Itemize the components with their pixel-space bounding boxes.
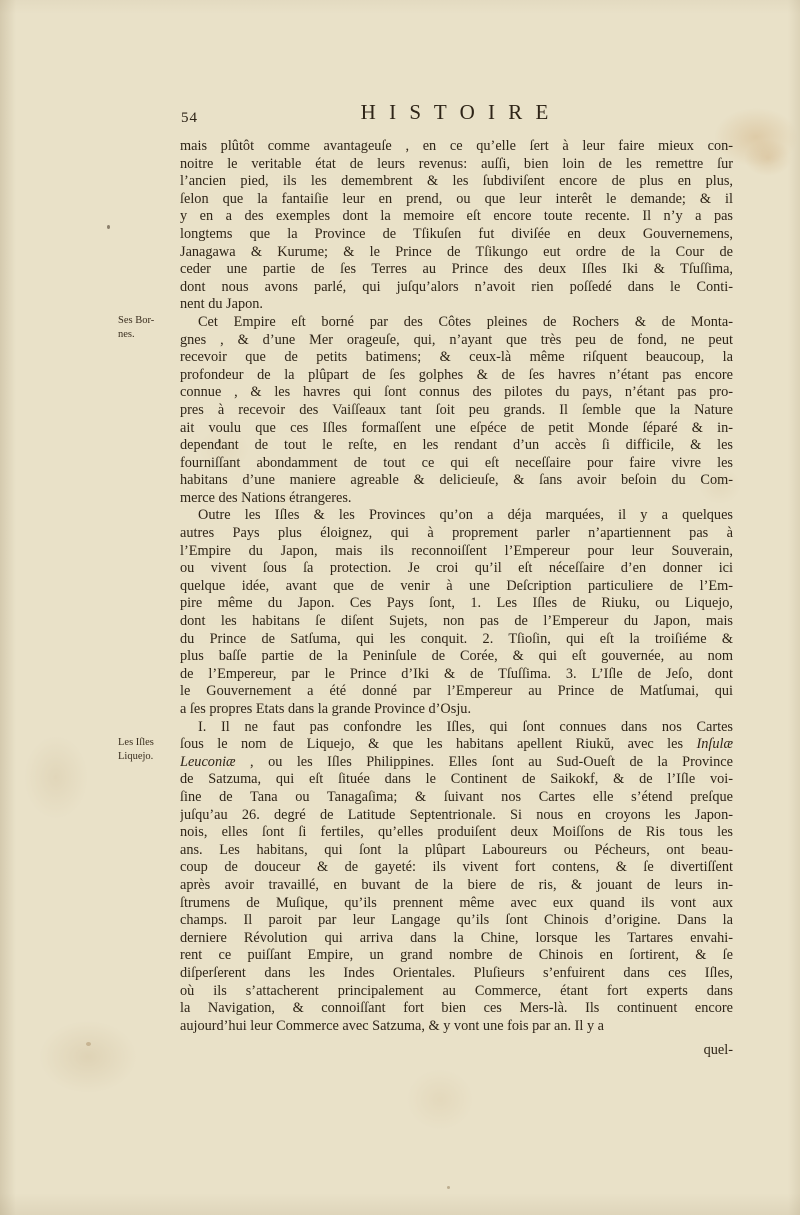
- text-line: le Gouvernement a été donné par l’Empere…: [180, 683, 733, 701]
- running-title: H I S T O I R E: [180, 100, 733, 125]
- text-line: Janagawa & Kurume; & le Prince de Tſikun…: [180, 244, 733, 262]
- text-line: ſelon que la fantaiſie leur en prend, ou…: [180, 191, 733, 209]
- text-line: de l’Empereur, par le Prince d’Iki & de …: [180, 666, 733, 684]
- catchword: quel-: [180, 1042, 733, 1060]
- text-line: derniere Révolution qui arriva dans la C…: [180, 930, 733, 948]
- text-line: de Satzuma, qui eſt ſituée dans le Conti…: [180, 771, 733, 789]
- margin-note-borders: Ses Bor- nes.: [118, 314, 174, 341]
- text-line: pire même du Japon. Ces Pays ſont, 1. Le…: [180, 595, 733, 613]
- text-line: la Navigation, & connoiſſant fort bien c…: [180, 1000, 733, 1018]
- text-line: rent ce puiſſant Empire, un grand nombre…: [180, 947, 733, 965]
- text-line: I. Il ne faut pas confondre les Iſles, q…: [180, 719, 733, 737]
- text-line: mais plûtôt comme avantageuſe , en ce qu…: [180, 138, 733, 156]
- paragraph: mais plûtôt comme avantageuſe , en ce qu…: [180, 138, 733, 314]
- text-line: ceder une partie de ſes Terres au Prince…: [180, 261, 733, 279]
- text-line: merce des Nations étrangeres.: [180, 490, 733, 508]
- text-line: aujourd’hui leur Commerce avec Satzuma, …: [180, 1018, 733, 1036]
- text-line: dependant de tout le reſte, en les renda…: [180, 437, 733, 455]
- text-line: nois, elles ſont ſi fertiles, qu’elles p…: [180, 824, 733, 842]
- text-line: y en a des exemples dont la memoire eſt …: [180, 208, 733, 226]
- text-line: l’ancien pied, ils les demembrent & les …: [180, 173, 733, 191]
- text-line: après avoir travaillé, en buvant de la b…: [180, 877, 733, 895]
- book-page: 54 H I S T O I R E Ses Bor- nes. Les Iſl…: [0, 0, 800, 1215]
- text-line: gnes , & d’une Mer orageuſe, qui, n’ayan…: [180, 332, 733, 350]
- text-line: du Prince de Satſuma, qui les conquit. 2…: [180, 631, 733, 649]
- margin-note-line: nes.: [118, 328, 174, 342]
- text-line: pres à recevoir des Vaiſſeaux tant ſoit …: [180, 402, 733, 420]
- text-line: Leuconiæ , ou les Iſles Philippines. Ell…: [180, 754, 733, 772]
- paragraph: Cet Empire eſt borné par des Côtes plein…: [180, 314, 733, 508]
- paper-speck: [86, 1042, 91, 1046]
- text-line: juſqu’au 26. degré de Latitude Septentri…: [180, 807, 733, 825]
- text-line: noitre le veritable état de leurs revenu…: [180, 156, 733, 174]
- margin-note-liquejo-isles: Les Iſles Liquejo.: [118, 736, 174, 763]
- text-line: ſtrumens de Muſique, qu’ils prennent mêm…: [180, 895, 733, 913]
- text-line: champs. Il paroit par leur Langage qu’il…: [180, 912, 733, 930]
- text-line: quelque idée, avant que de venir à une D…: [180, 578, 733, 596]
- text-line: dont nous avons parlé, qui juſqu’alors n…: [180, 279, 733, 297]
- text-line: diſperſerent dans les Indes Orientales. …: [180, 965, 733, 983]
- text-line: dont les habitans ſe diſent Sujets, non …: [180, 613, 733, 631]
- paper-speck: [107, 225, 110, 229]
- margin-note-line: Ses Bor-: [118, 314, 174, 328]
- text-line: ou vivent ſous ſa protection. Je croi qu…: [180, 560, 733, 578]
- paper-speck: [447, 1186, 450, 1189]
- text-line: ſous le nom de Liquejo, & que les habita…: [180, 736, 733, 754]
- text-line: ans. Les habitans, qui ſont la plûpart L…: [180, 842, 733, 860]
- paper-speck: [218, 440, 221, 443]
- text-line: habitans d’une maniere agreable & delici…: [180, 472, 733, 490]
- body-text: mais plûtôt comme avantageuſe , en ce qu…: [180, 138, 733, 1060]
- margin-note-line: Les Iſles: [118, 736, 174, 750]
- text-line: nent du Japon.: [180, 296, 733, 314]
- text-line: profondeur de la plûpart de ſes golphes …: [180, 367, 733, 385]
- text-line: connue , & les havres qui ſont connus de…: [180, 384, 733, 402]
- margin-note-line: Liquejo.: [118, 750, 174, 764]
- text-line: ait voulu que ces Iſles formaſſent une e…: [180, 420, 733, 438]
- text-line: plus baſſe partie de la Peninſule de Cor…: [180, 648, 733, 666]
- paragraph: I. Il ne faut pas confondre les Iſles, q…: [180, 719, 733, 1036]
- text-line: l’Empire du Japon, mais ils reconnoiſſen…: [180, 543, 733, 561]
- text-line: autres Pays plus éloignez, qui à proprem…: [180, 525, 733, 543]
- text-line: où ils s’attacherent principalement au C…: [180, 983, 733, 1001]
- text-line: ſine de Tana ou Tanagaſima; & ſuivant no…: [180, 789, 733, 807]
- text-line: Cet Empire eſt borné par des Côtes plein…: [180, 314, 733, 332]
- text-line: fourniſſant abondamment de tout ce qui e…: [180, 455, 733, 473]
- paragraph: Outre les Iſles & les Provinces qu’on a …: [180, 507, 733, 718]
- text-line: longtems que la Province de Tſikuſen fut…: [180, 226, 733, 244]
- text-line: a ſes propres Etats dans la grande Provi…: [180, 701, 733, 719]
- text-line: recevoir que de petits batimens; & ceux-…: [180, 349, 733, 367]
- text-line: Outre les Iſles & les Provinces qu’on a …: [180, 507, 733, 525]
- text-line: coup de douceur & de gayeté: ils vivent …: [180, 859, 733, 877]
